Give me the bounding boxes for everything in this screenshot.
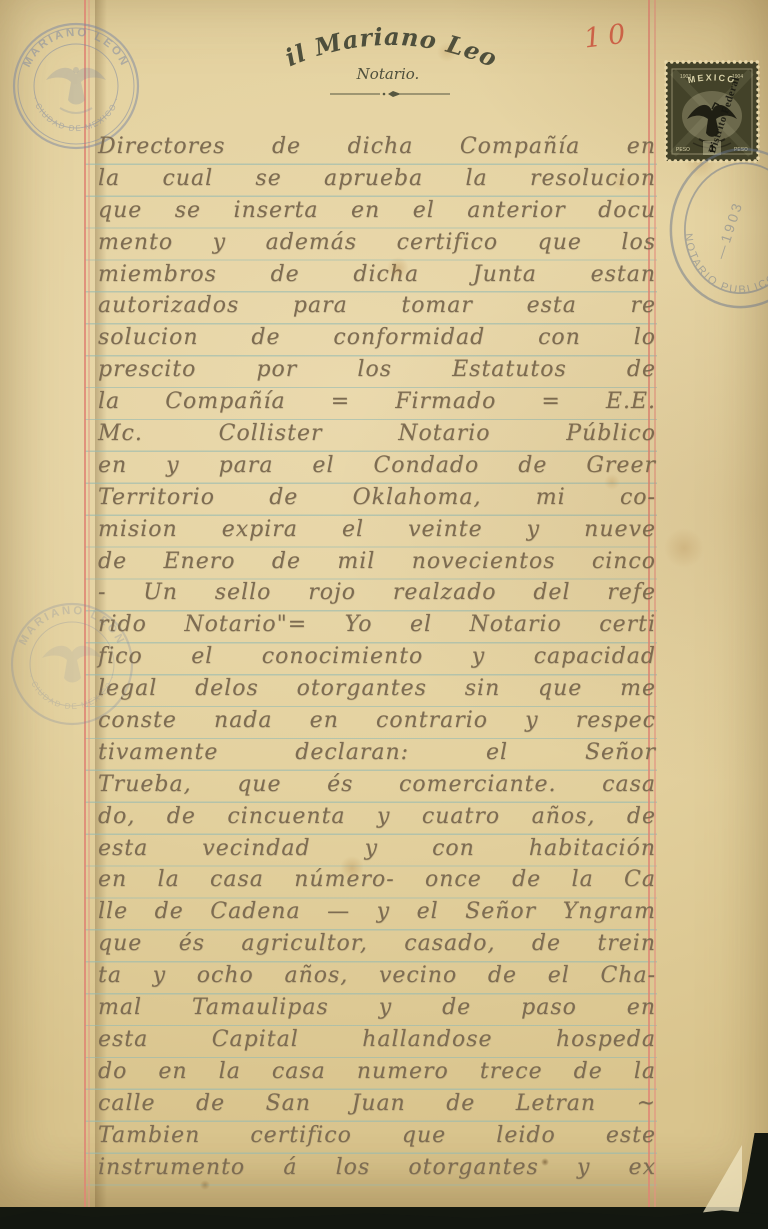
eagle-icon <box>42 646 102 683</box>
manuscript-line: do, de cincuenta y cuatro años, de <box>98 804 656 836</box>
manuscript-line: ta y ocho años, vecino de el Cha- <box>98 963 656 995</box>
manuscript-line: rido Notario"= Yo el Notario certi <box>98 612 656 644</box>
letterhead-name: Gil Mariano Leon <box>240 6 502 73</box>
manuscript-line: esta Capital hallandose hospeda <box>98 1027 656 1059</box>
svg-text:MARIANO LEON: MARIANO LEON <box>21 27 131 70</box>
manuscript-line: en la casa número- once de la Ca <box>98 867 656 899</box>
manuscript-line: miembros de dicha Junta estan <box>98 262 656 294</box>
seal-wreath <box>60 108 92 113</box>
manuscript-line: en y para el Condado de Greer <box>98 453 656 485</box>
manuscript-line: do en la casa numero trece de la <box>98 1059 656 1091</box>
manuscript-line: Directores de dicha Compañía en <box>98 134 656 166</box>
divider-ornament-icon <box>388 91 401 97</box>
seal-arc-top-text: MARIANO LEON <box>21 27 131 70</box>
letterhead-divider <box>330 91 450 97</box>
manuscript-line: Territorio de Oklahoma, mi co- <box>98 485 656 517</box>
manuscript-line: legal delos otorgantes sin que me <box>98 676 656 708</box>
document-photo: MARIANO LEON · CIUDAD DE MEXICO · MARIAN… <box>0 0 768 1229</box>
manuscript-line: mal Tamaulipas y de paso en <box>98 995 656 1027</box>
manuscript-line: tivamente declaran: el Señor <box>98 740 656 772</box>
manuscript-line: - Un sello rojo realzado del refe <box>98 580 656 612</box>
manuscript-line: de Enero de mil novecientos cinco <box>98 549 656 581</box>
manuscript-line: que és agricultor, casado, de trein <box>98 931 656 963</box>
manuscript-line: la Compañía = Firmado = E.E. <box>98 389 656 421</box>
manuscript-line: mision expira el veinte y nueve <box>98 517 656 549</box>
manuscript-line: Tambien certifico que leido este <box>98 1123 656 1155</box>
manuscript-line: lle de Cadena — y el Señor Yngram <box>98 899 656 931</box>
manuscript-line: conste nada en contrario y respec <box>98 708 656 740</box>
manuscript-line: Mc. Collister Notario Público <box>98 421 656 453</box>
manuscript-line: Trueba, que és comerciante. casa <box>98 772 656 804</box>
manuscript-line: instrumento á los otorgantes y ex <box>98 1155 656 1187</box>
svg-text:Gil Mariano Leon: Gil Mariano Leon <box>240 6 502 73</box>
manuscript-text-block: Directores de dicha Compañía enla cual s… <box>98 134 656 1186</box>
manuscript-line: calle de San Juan de Letran ~ <box>98 1091 656 1123</box>
letterhead: Gil Mariano Leon Notario. <box>240 6 540 106</box>
letterhead-title: Notario. <box>356 65 420 83</box>
eagle-icon <box>46 68 106 105</box>
manuscript-line: autorizados para tomar esta re <box>98 293 656 325</box>
cancellation-date: —1903 <box>712 199 746 261</box>
manuscript-line: mento y además certifico que los <box>98 230 656 262</box>
oval-cancellation-stamp: NOTARIO PUBLICO · OCT. —1903 <box>640 128 768 338</box>
manuscript-line: la cual se aprueba la resolucion <box>98 166 656 198</box>
manuscript-line: solucion de conformidad con lo <box>98 325 656 357</box>
manuscript-line: prescito por los Estatutos de <box>98 357 656 389</box>
manuscript-line: que se inserta en el anterior docu <box>98 198 656 230</box>
manuscript-line: fico el conocimiento y capacidad <box>98 644 656 676</box>
manuscript-line: esta vecindad y con habitación <box>98 836 656 868</box>
